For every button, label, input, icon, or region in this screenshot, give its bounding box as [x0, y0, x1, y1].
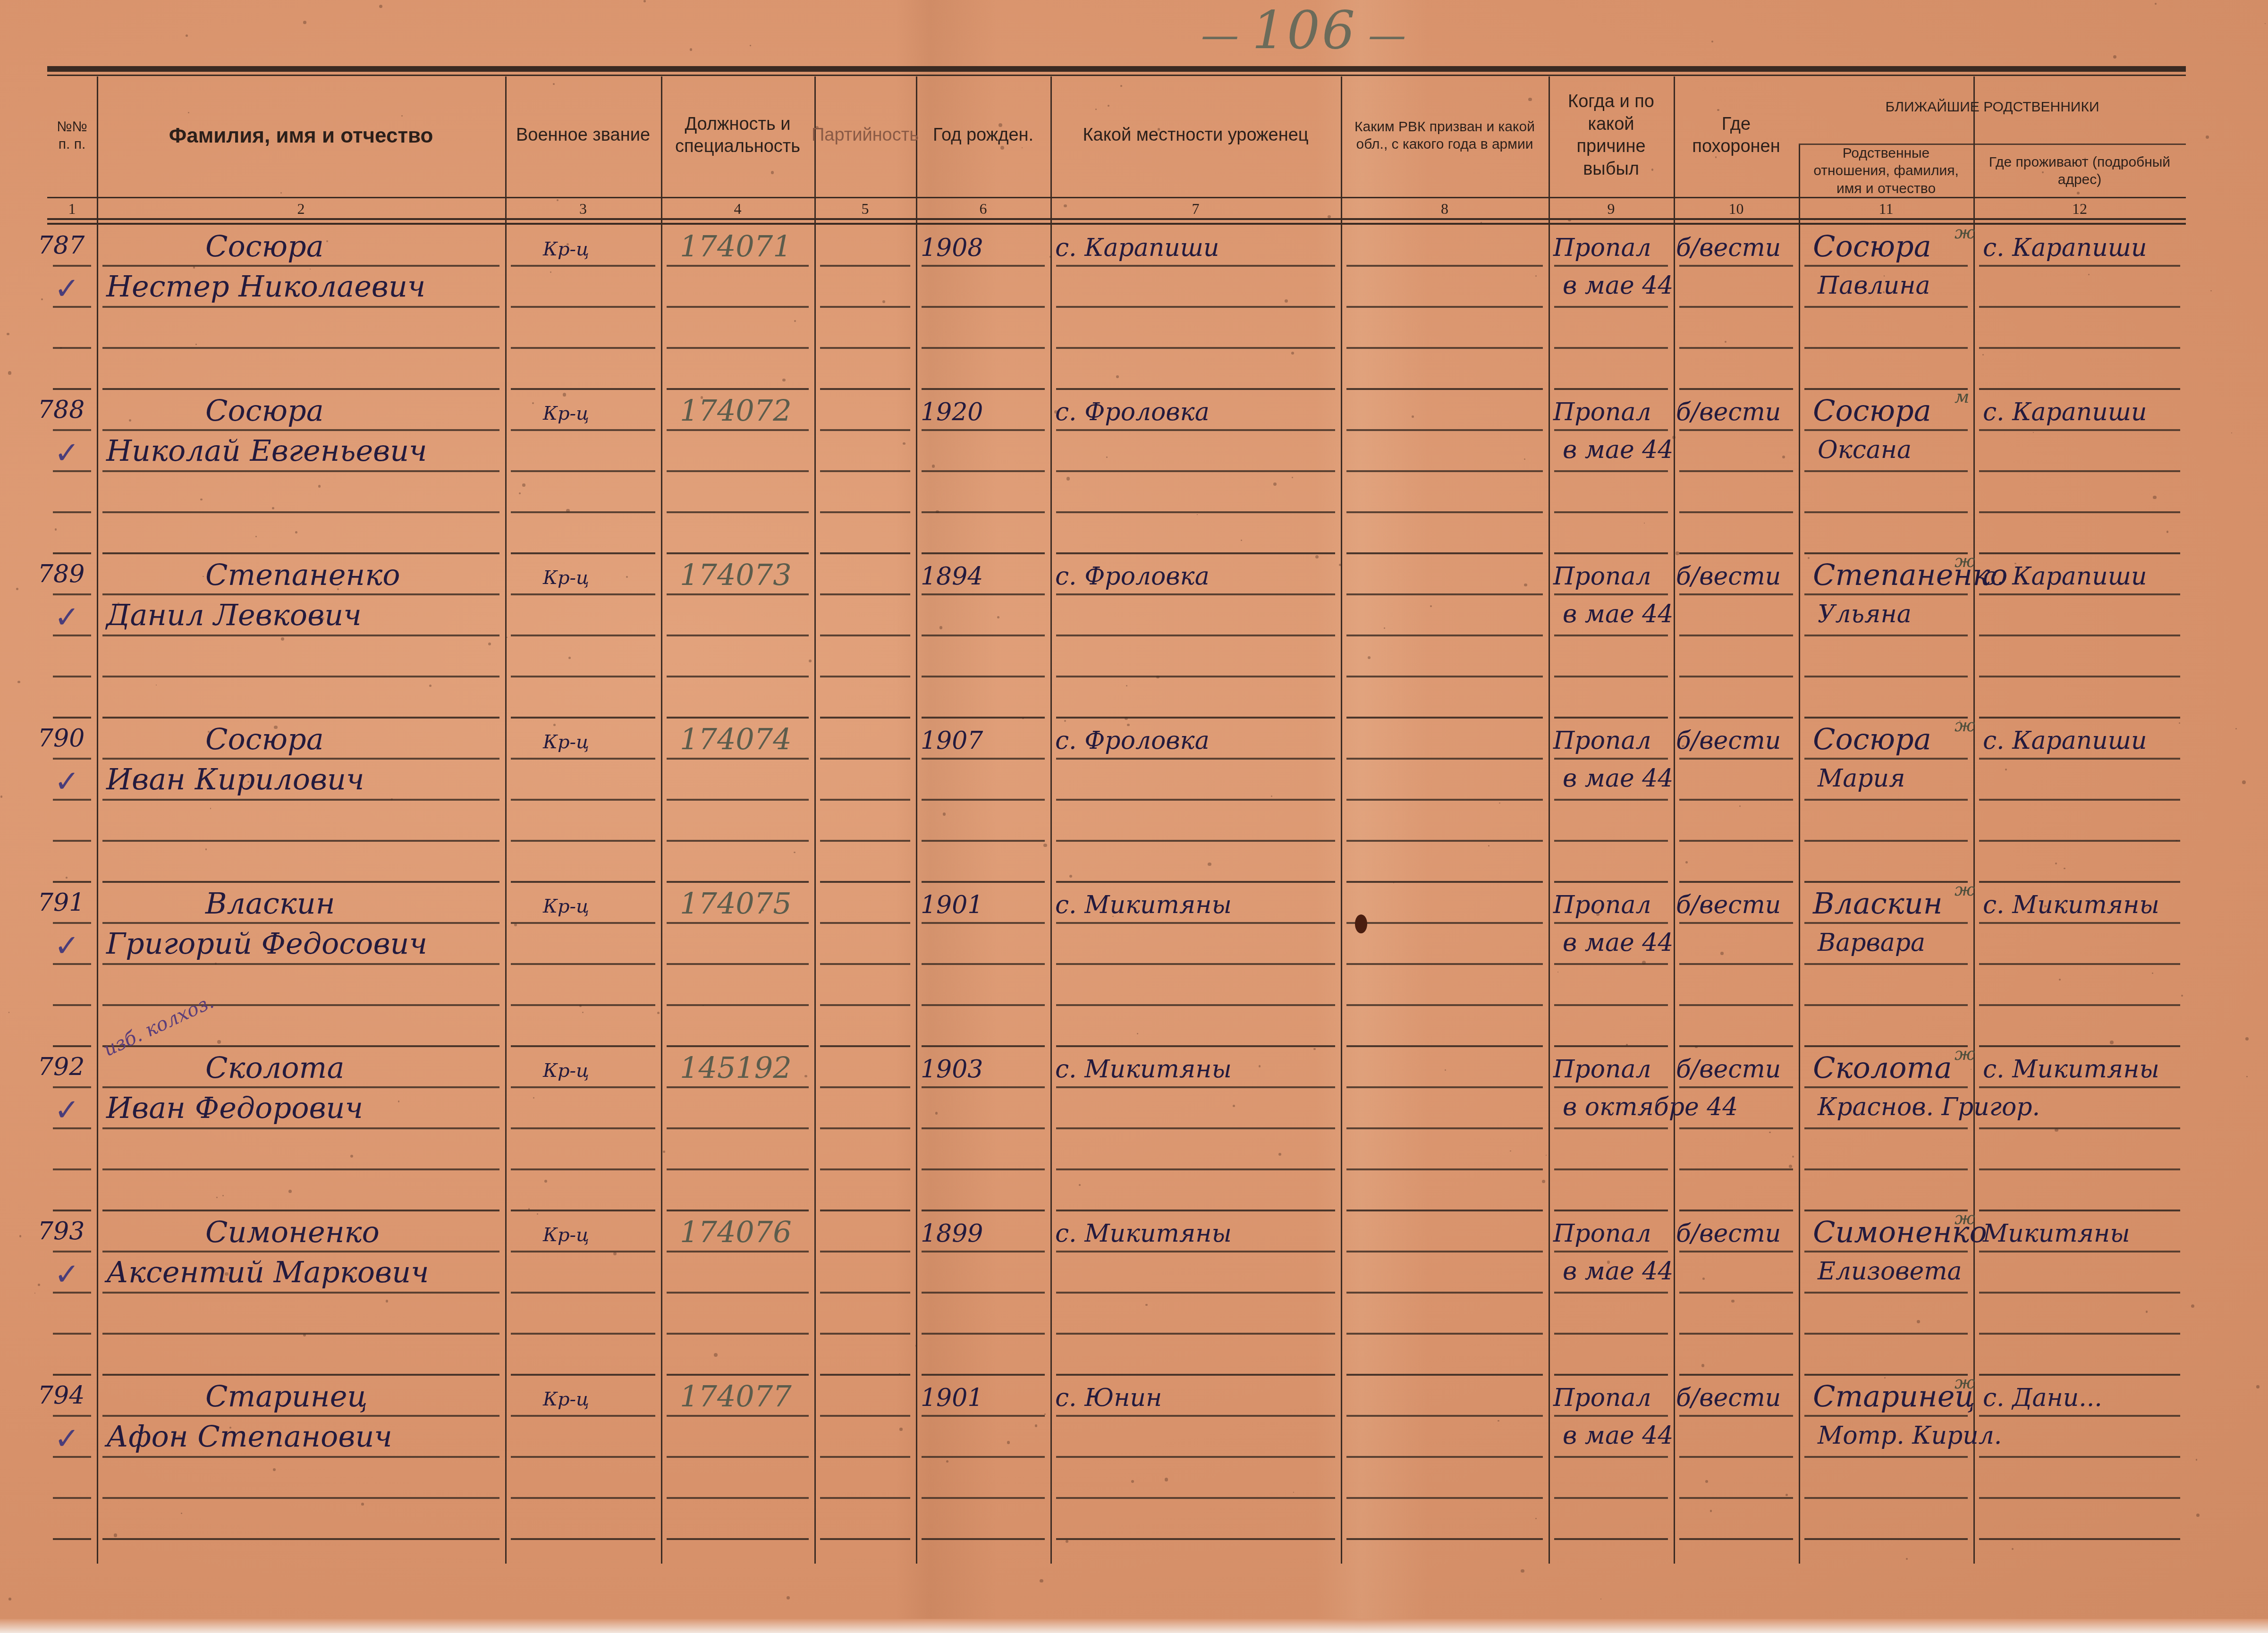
row-rule: [820, 593, 910, 595]
row-rule: [1056, 881, 1335, 883]
row-rule: [1979, 306, 2180, 308]
row-rule: [667, 635, 809, 636]
column-header-3: Военное звание: [505, 76, 661, 195]
row-rule: [102, 840, 499, 842]
row-rule: [1679, 1456, 1793, 1458]
row-rule: [1056, 1374, 1335, 1376]
row-rule: [667, 1168, 809, 1170]
row-rule: [1979, 1086, 2180, 1088]
column-number: 10: [1674, 200, 1799, 219]
row-rule: [1346, 1251, 1543, 1252]
birthplace: с. Микитяны: [1055, 1055, 1232, 1083]
row-rule: [511, 676, 655, 677]
row-rule: [922, 1251, 1045, 1252]
column-divider: [1549, 76, 1550, 1564]
column-divider: [1341, 76, 1342, 1564]
row-rule: [1554, 1004, 1668, 1006]
speck: [690, 48, 693, 51]
row-rule: [511, 840, 655, 842]
row-rule: [1679, 922, 1793, 924]
row-rule: [1554, 1210, 1668, 1211]
military-rank: Кр-ц: [543, 1388, 589, 1410]
row-rule: [1346, 470, 1543, 472]
given-names: Аксентий Маркович: [106, 1255, 429, 1289]
row-rule: [102, 635, 499, 636]
row-rule: [1554, 1086, 1668, 1088]
row-rule: [53, 922, 91, 924]
relative-name: Мотр. Кирил.: [1818, 1421, 2002, 1450]
speck: [2206, 135, 2209, 139]
row-rule: [1804, 306, 1968, 308]
row-rule: [102, 1292, 499, 1294]
row-rule: [1979, 799, 2180, 801]
row-rule: [1804, 1251, 1968, 1252]
row-rule: [1554, 388, 1668, 390]
row-rule: [1679, 1292, 1793, 1294]
row-rule: [102, 881, 499, 883]
row-rule: [1979, 1538, 2180, 1540]
row-rule: [1679, 593, 1793, 595]
row-rule: [102, 265, 499, 267]
column-number: 8: [1341, 200, 1549, 219]
row-rule: [1804, 1004, 1968, 1006]
row-rule: [53, 1497, 91, 1499]
check-mark: ✓: [54, 1257, 80, 1292]
row-rule: [1679, 1374, 1793, 1376]
relative-address: с. Карапиши: [1983, 234, 2147, 262]
column-header-7: Какой местности уроженец: [1050, 76, 1341, 195]
specialty-number: 174072: [680, 393, 792, 428]
row-rule: [1554, 1374, 1668, 1376]
row-rule: [922, 552, 1045, 554]
column-number: 1: [47, 200, 97, 219]
row-rule: [102, 1333, 499, 1335]
top-rule: [47, 66, 2186, 72]
row-rule: [922, 1004, 1045, 1006]
row-rule: [1554, 1045, 1668, 1047]
speck: [303, 21, 306, 24]
row-rule: [820, 922, 910, 924]
row-rule: [102, 758, 499, 760]
row-rule: [667, 1210, 809, 1211]
row-rule: [1979, 676, 2180, 677]
row-rule: [820, 881, 910, 883]
row-rule: [511, 922, 655, 924]
row-rule: [511, 1292, 655, 1294]
speck: [7, 333, 9, 336]
check-mark: ✓: [54, 1093, 80, 1128]
row-rule: [1554, 1456, 1668, 1458]
row-rule: [667, 1374, 809, 1376]
row-rule: [667, 552, 809, 554]
row-rule: [820, 717, 910, 719]
row-rule: [511, 1127, 655, 1129]
row-rule: [1679, 388, 1793, 390]
row-rule: [102, 593, 499, 595]
row-rule: [1554, 1251, 1668, 1252]
row-rule: [1346, 552, 1543, 554]
column-header-2: Фамилия, имя и отчество: [97, 76, 505, 195]
row-rule: [1346, 511, 1543, 513]
relative-address: с. Дани...: [1983, 1384, 2102, 1412]
row-rule: [1056, 593, 1335, 595]
row-rule: [53, 1086, 91, 1088]
column-number: 12: [1973, 200, 2186, 219]
relation-mark: ж: [1955, 1372, 1975, 1393]
row-rule: [1679, 758, 1793, 760]
row-rule: [1979, 1292, 2180, 1294]
surname: Симоненко: [205, 1215, 380, 1249]
row-rule: [1056, 676, 1335, 677]
row-rule: [1679, 1538, 1793, 1540]
fate-date: в октябре 44: [1563, 1093, 1738, 1121]
column-number: 6: [916, 200, 1050, 219]
row-rule: [1679, 881, 1793, 883]
row-rule: [1804, 717, 1968, 719]
column-number: 3: [505, 200, 661, 219]
given-names: Григорий Федосович: [106, 926, 427, 961]
row-rule: [53, 881, 91, 883]
military-rank: Кр-ц: [543, 731, 589, 753]
record-number: 787: [38, 231, 85, 260]
column-divider: [1050, 76, 1052, 1564]
relative-name: Краснов. Григор.: [1818, 1093, 2040, 1121]
row-rule: [511, 1210, 655, 1211]
column-divider: [1674, 76, 1675, 1564]
row-rule: [1346, 1086, 1543, 1088]
row-rule: [1679, 511, 1793, 513]
row-rule: [511, 1456, 655, 1458]
column-divider: [1799, 145, 1800, 1564]
row-rule: [1979, 429, 2180, 431]
row-rule: [1804, 963, 1968, 965]
row-rule: [1979, 1127, 2180, 1129]
column-divider: [1973, 76, 1975, 1564]
row-rule: [1979, 552, 2180, 554]
row-rule: [511, 1251, 655, 1252]
ink-stain: [1355, 914, 1367, 933]
row-rule: [1979, 265, 2180, 267]
fate-status: Пропал: [1553, 1055, 1651, 1083]
row-rule: [511, 1045, 655, 1047]
relative-surname: Степаненко: [1813, 558, 2008, 592]
row-rule: [922, 1292, 1045, 1294]
row-rule: [1346, 1333, 1543, 1335]
row-rule: [1804, 1374, 1968, 1376]
relative-name: Мария: [1818, 764, 1905, 793]
row-rule: [1679, 265, 1793, 267]
row-rule: [53, 840, 91, 842]
row-rule: [1346, 1004, 1543, 1006]
row-rule: [922, 1127, 1045, 1129]
birth-year: 1920: [921, 398, 983, 426]
row-rule: [1804, 635, 1968, 636]
row-rule: [102, 1168, 499, 1170]
row-rule: [1804, 799, 1968, 801]
row-rule: [1346, 1292, 1543, 1294]
row-rule: [922, 429, 1045, 431]
row-rule: [1554, 470, 1668, 472]
row-rule: [820, 1045, 910, 1047]
row-rule: [511, 963, 655, 965]
row-rule: [1346, 1497, 1543, 1499]
row-rule: [1554, 1127, 1668, 1129]
relation-mark: ж: [1955, 1043, 1975, 1064]
row-rule: [1056, 1251, 1335, 1252]
column-header-6: Год рожден.: [916, 76, 1050, 195]
column-divider: [916, 76, 917, 1564]
row-rule: [922, 1497, 1045, 1499]
row-rule: [667, 388, 809, 390]
given-names: Нестер Николаевич: [106, 269, 425, 304]
row-rule: [102, 429, 499, 431]
row-rule: [1979, 1456, 2180, 1458]
row-rule: [511, 1415, 655, 1417]
column-header-8: Каким РВК призван и какой обл., с какого…: [1341, 76, 1549, 195]
row-rule: [667, 347, 809, 349]
surname: Степаненко: [205, 558, 400, 592]
row-rule: [820, 1456, 910, 1458]
row-rule: [922, 799, 1045, 801]
fate-date: в мае 44: [1563, 1421, 1673, 1450]
burial-place: б/вести: [1676, 1384, 1781, 1412]
specialty-number: 145192: [680, 1050, 792, 1085]
row-rule: [820, 1292, 910, 1294]
row-rule: [1679, 1251, 1793, 1252]
row-rule: [922, 388, 1045, 390]
row-rule: [1554, 963, 1668, 965]
fate-date: в мае 44: [1563, 600, 1673, 628]
column-header-4: Должность и специальность: [661, 76, 814, 195]
row-rule: [1056, 799, 1335, 801]
column-number: 4: [661, 200, 814, 219]
row-rule: [922, 593, 1045, 595]
row-rule: [53, 1168, 91, 1170]
specialty-number: 174076: [680, 1215, 792, 1249]
row-rule: [922, 758, 1045, 760]
row-rule: [1679, 676, 1793, 677]
speck: [787, 1596, 790, 1599]
row-rule: [820, 1210, 910, 1211]
row-rule: [1346, 676, 1543, 677]
row-rule: [53, 1415, 91, 1417]
row-rule: [820, 1415, 910, 1417]
row-rule: [102, 347, 499, 349]
speck: [8, 1598, 11, 1600]
row-rule: [922, 963, 1045, 965]
relative-name: Павлина: [1818, 271, 1930, 300]
row-rule: [1679, 635, 1793, 636]
row-rule: [1346, 1168, 1543, 1170]
row-rule: [820, 347, 910, 349]
row-rule: [511, 593, 655, 595]
row-rule: [667, 1086, 809, 1088]
row-rule: [1979, 1333, 2180, 1335]
row-rule: [667, 676, 809, 677]
speck: [1040, 1579, 1043, 1582]
row-rule: [1804, 593, 1968, 595]
birthplace: с. Фроловка: [1055, 727, 1210, 755]
column-divider: [97, 76, 98, 1564]
relation-mark: м: [1955, 386, 1970, 407]
row-rule: [922, 635, 1045, 636]
row-rule: [102, 1538, 499, 1540]
row-rule: [102, 1497, 499, 1499]
fate-date: в мае 44: [1563, 764, 1673, 793]
row-rule: [1804, 676, 1968, 677]
row-rule: [511, 1086, 655, 1088]
row-rule: [53, 552, 91, 554]
row-rule: [511, 635, 655, 636]
row-rule: [53, 511, 91, 513]
row-rule: [1346, 881, 1543, 883]
relation-mark: ж: [1955, 550, 1975, 571]
row-rule: [667, 511, 809, 513]
margin-note: изб. колхоз.: [100, 991, 217, 1061]
row-rule: [820, 1127, 910, 1129]
row-rule: [1804, 922, 1968, 924]
row-rule: [1979, 1415, 2180, 1417]
relative-name: Ульяна: [1818, 600, 1912, 628]
row-rule: [1804, 1168, 1968, 1170]
row-rule: [53, 717, 91, 719]
surname: Сосюра: [205, 722, 324, 756]
column-header-1: №№ п. п.: [47, 76, 97, 195]
row-rule: [820, 1004, 910, 1006]
row-rule: [1804, 265, 1968, 267]
birth-year: 1908: [921, 234, 983, 262]
row-rule: [1679, 1004, 1793, 1006]
row-rule: [511, 306, 655, 308]
row-rule: [1554, 265, 1668, 267]
row-rule: [511, 1004, 655, 1006]
row-rule: [820, 429, 910, 431]
speck: [2242, 780, 2246, 784]
row-rule: [53, 593, 91, 595]
check-mark: ✓: [54, 271, 80, 306]
row-rule: [1804, 1415, 1968, 1417]
column-number: 5: [814, 200, 916, 219]
birth-year: 1901: [921, 1384, 983, 1412]
row-rule: [922, 1374, 1045, 1376]
row-rule: [1679, 717, 1793, 719]
speck: [19, 1235, 22, 1237]
row-rule: [1554, 635, 1668, 636]
row-rule: [1056, 1127, 1335, 1129]
row-rule: [1056, 1333, 1335, 1335]
row-rule: [922, 922, 1045, 924]
row-rule: [511, 758, 655, 760]
row-rule: [1056, 388, 1335, 390]
row-rule: [820, 1086, 910, 1088]
row-rule: [1804, 511, 1968, 513]
speck: [186, 34, 188, 37]
top-rule-thin: [47, 75, 2186, 76]
surname: Сколота: [205, 1050, 344, 1085]
row-rule: [1979, 635, 2180, 636]
row-rule: [922, 1538, 1045, 1540]
row-rule: [667, 429, 809, 431]
relative-surname: Сосюра: [1813, 393, 1931, 428]
row-rule: [511, 265, 655, 267]
row-rule: [1346, 593, 1543, 595]
military-rank: Кр-ц: [543, 1060, 589, 1082]
row-rule: [1979, 840, 2180, 842]
row-rule: [102, 1456, 499, 1458]
row-rule: [1554, 511, 1668, 513]
record-number: 790: [38, 724, 85, 753]
row-rule: [102, 511, 499, 513]
column-header-10: Где похоронен: [1674, 76, 1799, 195]
row-rule: [1056, 552, 1335, 554]
row-rule: [1979, 1497, 2180, 1499]
row-rule: [820, 963, 910, 965]
burial-place: б/вести: [1676, 398, 1781, 426]
relation-mark: ж: [1955, 222, 1975, 243]
row-rule: [820, 1251, 910, 1252]
column-number: 11: [1799, 200, 1973, 219]
row-rule: [1554, 1168, 1668, 1170]
row-rule: [1979, 1004, 2180, 1006]
relation-mark: ж: [1955, 879, 1975, 900]
row-rule: [1979, 963, 2180, 965]
row-rule: [667, 1538, 809, 1540]
row-rule: [1346, 1127, 1543, 1129]
surname: Сосюра: [205, 393, 324, 428]
row-rule: [1056, 1415, 1335, 1417]
row-rule: [667, 922, 809, 924]
row-rule: [1979, 922, 2180, 924]
check-mark: ✓: [54, 1421, 80, 1456]
row-rule: [1804, 1127, 1968, 1129]
row-rule: [1679, 840, 1793, 842]
row-rule: [1979, 1374, 2180, 1376]
column-header-5: Партийность: [814, 76, 916, 195]
specialty-number: 174073: [680, 558, 792, 592]
row-rule: [1056, 717, 1335, 719]
fate-status: Пропал: [1553, 891, 1651, 919]
row-rule: [1979, 593, 2180, 595]
burial-place: б/вести: [1676, 234, 1781, 262]
row-rule: [667, 1045, 809, 1047]
row-rule: [1979, 717, 2180, 719]
given-names: Николай Евгеньевич: [106, 433, 427, 468]
row-rule: [1346, 840, 1543, 842]
speck: [16, 588, 19, 591]
row-rule: [1804, 1333, 1968, 1335]
row-rule: [1679, 1086, 1793, 1088]
row-rule: [1554, 552, 1668, 554]
fate-date: в мае 44: [1563, 929, 1673, 957]
fate-status: Пропал: [1553, 1219, 1651, 1248]
relation-mark: ж: [1955, 1208, 1975, 1228]
surname: Власкин: [205, 886, 335, 921]
row-rule: [511, 1168, 655, 1170]
row-rule: [1679, 1333, 1793, 1335]
row-rule: [820, 1168, 910, 1170]
record-number: 789: [38, 560, 85, 588]
speck: [2231, 432, 2232, 433]
relative-surname: Старинец: [1813, 1379, 1975, 1413]
row-rule: [1979, 347, 2180, 349]
row-rule: [820, 306, 910, 308]
column-number: 2: [97, 200, 505, 219]
header-rule: [47, 197, 2186, 198]
fate-date: в мае 44: [1563, 436, 1673, 464]
fate-status: Пропал: [1553, 562, 1651, 591]
row-rule: [102, 306, 499, 308]
given-names: Данил Левкович: [106, 598, 362, 632]
